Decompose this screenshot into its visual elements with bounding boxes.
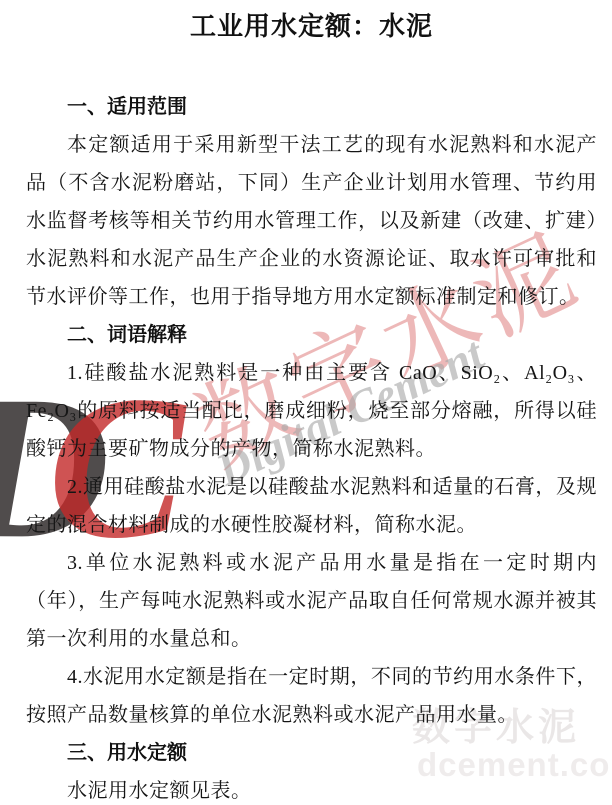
document-page: DC 数字水泥 Digital Cement 数字水泥 dcement.com … (0, 0, 612, 805)
section-heading-terms: 二、词语解释 (26, 316, 597, 354)
paragraph-term-cement: 2.通用硅酸盐水泥是以硅酸盐水泥熟料和适量的石膏，及规定的混合材料制成的水硬性胶… (26, 468, 597, 544)
document-body: 一、适用范围 本定额适用于采用新型干法工艺的现有水泥熟料和水泥产品（不含水泥粉磨… (26, 88, 597, 805)
paragraph-scope: 本定额适用于采用新型干法工艺的现有水泥熟料和水泥产品（不含水泥粉磨站，下同）生产… (26, 126, 597, 316)
section-heading-scope: 一、适用范围 (26, 88, 597, 126)
paragraph-term-unit-water: 3.单位水泥熟料或水泥产品用水量是指在一定时期内（年），生产每吨水泥熟料或水泥产… (26, 544, 597, 658)
paragraph-term-quota: 4.水泥用水定额是指在一定时期，不同的节约用水条件下，按照产品数量核算的单位水泥… (26, 658, 597, 734)
paragraph-term-clinker: 1.硅酸盐水泥熟料是一种由主要含 CaO、SiO₂、Al₂O₃、Fe₂O₃的原料… (26, 354, 597, 468)
paragraph-quota-table-ref: 水泥用水定额见表。 (26, 772, 597, 805)
document-title: 工业用水定额：水泥 (26, 8, 597, 44)
section-heading-quota: 三、用水定额 (26, 734, 597, 772)
document-content: 工业用水定额：水泥 一、适用范围 本定额适用于采用新型干法工艺的现有水泥熟料和水… (0, 0, 612, 805)
